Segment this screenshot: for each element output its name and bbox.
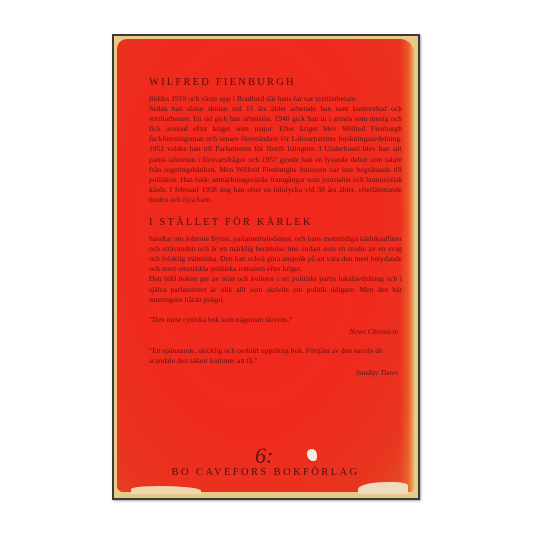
paper-damage-spot — [307, 449, 317, 461]
synopsis-paragraph: handlar om Johnnie Byrne, parlamentsleda… — [149, 234, 402, 274]
cover-text: WILFRED FIENBURGH föddes 1919 och växte … — [149, 77, 402, 377]
review-quote: "En spännande, skicklig och oerhört uppr… — [149, 346, 402, 366]
review-quote: "Den mest cyniska bok som någonsin skriv… — [149, 315, 402, 325]
worn-bottom-left-edge — [131, 486, 201, 494]
printer-fine-print: · · · · · · · · · · · · · · · · · · — [346, 476, 392, 480]
review-source: News Chronicle — [149, 327, 398, 336]
synopsis-paragraph: Den bild boken ger av män och kvinnor i … — [149, 274, 402, 304]
red-cover-surface: WILFRED FIENBURGH föddes 1919 och växte … — [117, 39, 414, 492]
author-bio-paragraph: föddes 1919 och växte upp i Bradford där… — [149, 94, 402, 104]
review-source: Sunday Times — [149, 368, 398, 377]
book-synopsis-section: I STÄLLET FÖR KÄRLEK handlar om Johnnie … — [149, 217, 402, 305]
book-title-heading: I STÄLLET FÖR KÄRLEK — [149, 217, 402, 228]
author-bio-paragraph: Sedan han slutat skolan vid 15 års ålder… — [149, 104, 402, 205]
worn-bottom-right-edge — [358, 482, 408, 494]
author-bio-section: WILFRED FIENBURGH föddes 1919 och växte … — [149, 77, 402, 205]
book-back-cover: WILFRED FIENBURGH föddes 1919 och växte … — [112, 34, 420, 500]
handwritten-price-mark: 6: — [255, 443, 273, 469]
worn-right-edge — [400, 39, 414, 492]
author-heading: WILFRED FIENBURGH — [149, 77, 402, 88]
